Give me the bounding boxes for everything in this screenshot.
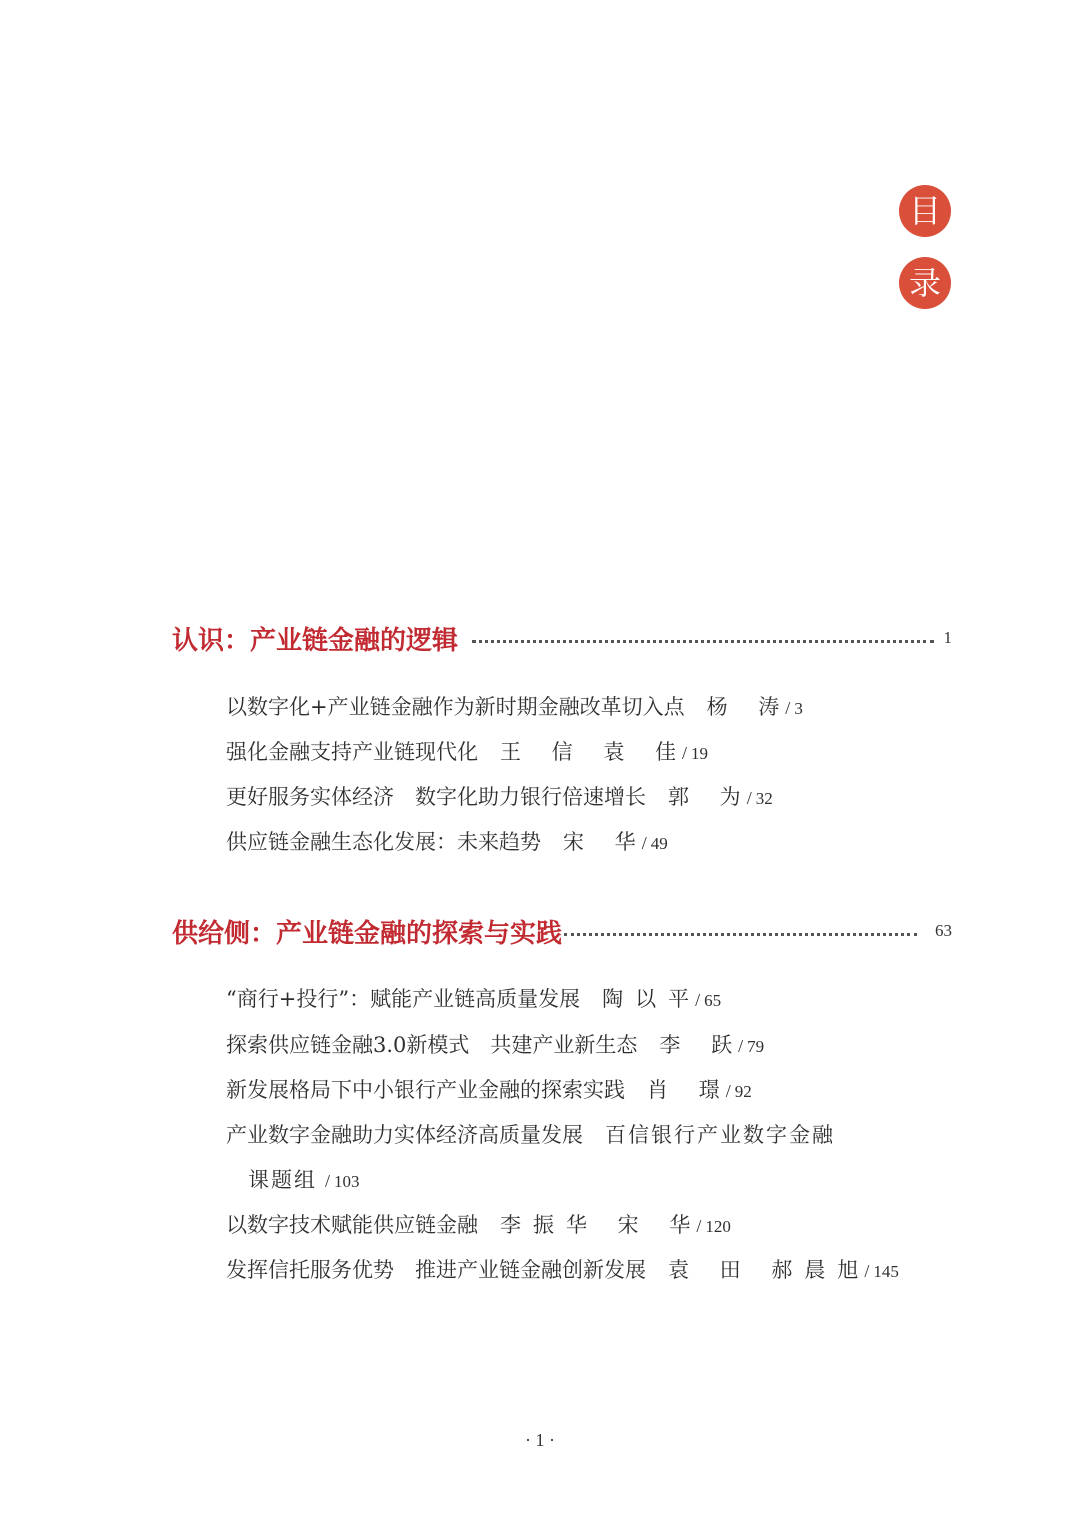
dot-leader bbox=[472, 640, 933, 643]
toc-heading-char: 目 bbox=[909, 192, 941, 230]
dot-leader bbox=[564, 933, 917, 936]
entry-author: 杨 涛 bbox=[707, 695, 792, 719]
entry-page: 120 bbox=[705, 1217, 731, 1236]
page-separator: / bbox=[785, 698, 790, 718]
page-number-footer: · 1 · bbox=[0, 1430, 1080, 1451]
page-separator: / bbox=[682, 743, 687, 763]
toc-entry[interactable]: 新发展格局下中小银行产业金融的探索实践肖 璟/92 bbox=[226, 1075, 752, 1105]
entry-page: 65 bbox=[704, 991, 721, 1010]
page-separator: / bbox=[864, 1261, 869, 1281]
entry-page: 3 bbox=[794, 699, 803, 718]
section-page-number: 63 bbox=[935, 921, 952, 941]
toc-section-2[interactable]: 供给侧：产业链金融的探索与实践 63 bbox=[172, 911, 952, 951]
page-separator: / bbox=[747, 788, 752, 808]
entry-title: 探索供应链金融3.0新模式 共建产业新生态 bbox=[226, 1033, 637, 1057]
page-separator: / bbox=[696, 1216, 701, 1236]
entry-page: 19 bbox=[691, 744, 708, 763]
toc-entry[interactable]: 强化金融支持产业链现代化王 信 袁 佳/19 bbox=[226, 737, 708, 767]
entry-page: 32 bbox=[756, 789, 773, 808]
toc-entry[interactable]: 发挥信托服务优势 推进产业链金融创新发展袁 田 郝晨旭/145 bbox=[226, 1255, 899, 1285]
toc-heading-badge-lu: 录 bbox=[899, 257, 951, 309]
entry-author: 肖 璟 bbox=[647, 1078, 732, 1102]
entry-author: 陶以平 bbox=[602, 987, 701, 1011]
entry-title: 产业数字金融助力实体经济高质量发展 bbox=[226, 1123, 583, 1147]
toc-entry[interactable]: 探索供应链金融3.0新模式 共建产业新生态李 跃/79 bbox=[226, 1030, 764, 1060]
entry-title: 强化金融支持产业链现代化 bbox=[226, 740, 478, 764]
entry-author: 百信银行产业数字金融 bbox=[605, 1123, 835, 1147]
toc-section-1[interactable]: 认识：产业链金融的逻辑 1 bbox=[172, 618, 952, 658]
section-title: 供给侧：产业链金融的探索与实践 bbox=[172, 913, 562, 950]
entry-title: 更好服务实体经济 数字化助力银行倍速增长 bbox=[226, 785, 646, 809]
entry-author-continued: 课题组 bbox=[248, 1168, 317, 1192]
toc-entry[interactable]: 更好服务实体经济 数字化助力银行倍速增长郭 为/32 bbox=[226, 782, 773, 812]
entry-author: 郭 为 bbox=[668, 785, 753, 809]
page-separator: / bbox=[325, 1171, 330, 1191]
entry-author: 宋 华 bbox=[563, 830, 648, 854]
toc-entry[interactable]: “商行+投行”：赋能产业链高质量发展陶以平/65 bbox=[226, 984, 721, 1014]
entry-page: 92 bbox=[735, 1082, 752, 1101]
entry-author: 李振华 宋 华 bbox=[500, 1213, 702, 1237]
toc-entry[interactable]: 产业数字金融助力实体经济高质量发展百信银行产业数字金融 bbox=[226, 1120, 835, 1150]
section-page-number: 1 bbox=[944, 628, 953, 648]
entry-page: 79 bbox=[747, 1037, 764, 1056]
entry-page: 145 bbox=[873, 1262, 899, 1281]
entry-title: 供应链金融生态化发展：未来趋势 bbox=[226, 830, 541, 854]
page-separator: / bbox=[642, 833, 647, 853]
entry-title: 以数字技术赋能供应链金融 bbox=[226, 1213, 478, 1237]
toc-heading-char: 录 bbox=[909, 264, 941, 302]
page-separator: / bbox=[726, 1081, 731, 1101]
toc-heading-badge-mu: 目 bbox=[899, 185, 951, 237]
section-title: 认识：产业链金融的逻辑 bbox=[172, 620, 458, 657]
toc-entry[interactable]: 供应链金融生态化发展：未来趋势宋 华/49 bbox=[226, 827, 668, 857]
entry-title: 以数字化+产业链金融作为新时期金融改革切入点 bbox=[226, 695, 685, 719]
entry-author: 袁 田 郝晨旭 bbox=[668, 1258, 870, 1282]
page-separator: / bbox=[738, 1036, 743, 1056]
entry-page: 49 bbox=[651, 834, 668, 853]
entry-title: “商行+投行”：赋能产业链高质量发展 bbox=[226, 987, 580, 1011]
toc-entry[interactable]: 以数字技术赋能供应链金融李振华 宋 华/120 bbox=[226, 1210, 731, 1240]
entry-author: 王 信 袁 佳 bbox=[500, 740, 688, 764]
toc-entry[interactable]: 以数字化+产业链金融作为新时期金融改革切入点杨 涛/3 bbox=[226, 692, 803, 722]
entry-page: 103 bbox=[334, 1172, 360, 1191]
page-separator: / bbox=[695, 990, 700, 1010]
entry-title: 新发展格局下中小银行产业金融的探索实践 bbox=[226, 1078, 625, 1102]
entry-author: 李 跃 bbox=[659, 1033, 744, 1057]
entry-title: 发挥信托服务优势 推进产业链金融创新发展 bbox=[226, 1258, 646, 1282]
toc-entry-continuation[interactable]: 课题组/103 bbox=[248, 1165, 360, 1195]
